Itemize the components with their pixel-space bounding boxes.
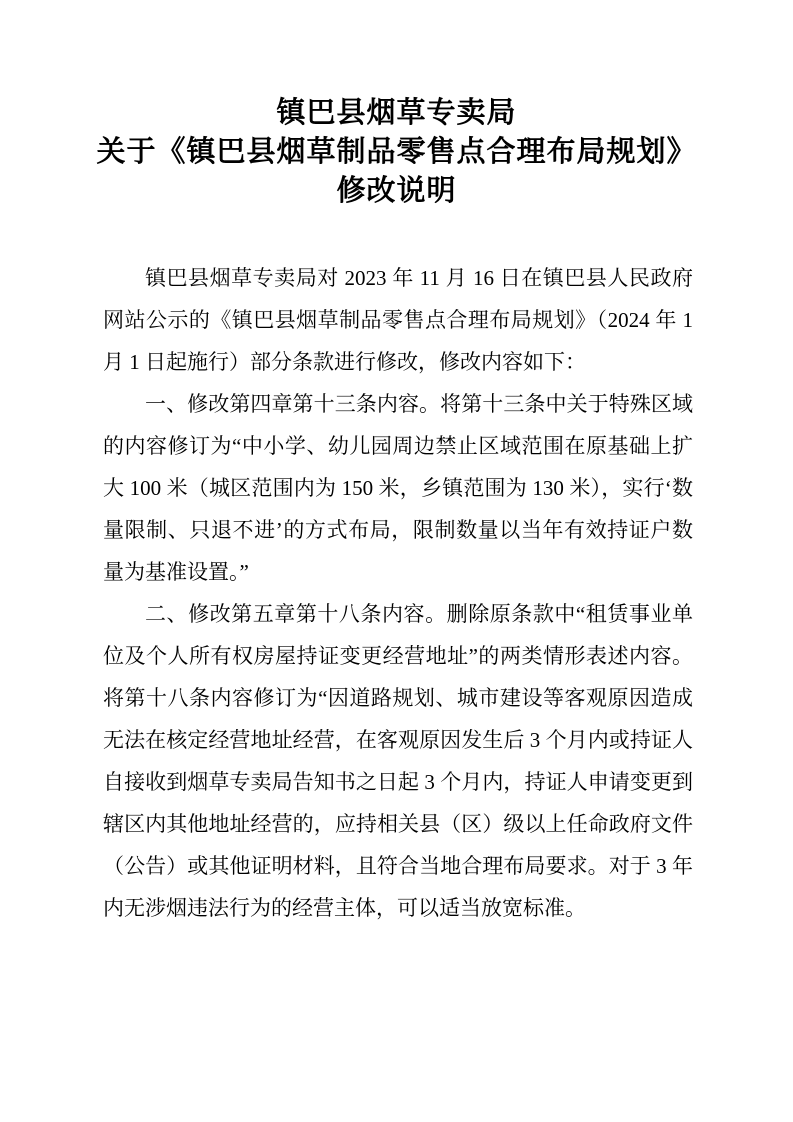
- title-line-type: 修改说明: [0, 172, 793, 211]
- title-line-org: 镇巴县烟草专卖局: [0, 94, 793, 133]
- paragraph-amendment-1: 一、修改第四章第十三条内容。将第十三条中关于特殊区域的内容修订为“中小学、幼儿园…: [103, 383, 693, 593]
- document-title: 镇巴县烟草专卖局 关于《镇巴县烟草制品零售点合理布局规划》 修改说明: [0, 94, 793, 211]
- paragraph-amendment-2: 二、修改第五章第十八条内容。删除原条款中“租赁事业单位及个人所有权房屋持证变更经…: [103, 593, 693, 929]
- document-page: 镇巴县烟草专卖局 关于《镇巴县烟草制品零售点合理布局规划》 修改说明 镇巴县烟草…: [0, 0, 793, 1122]
- title-line-subject: 关于《镇巴县烟草制品零售点合理布局规划》: [0, 133, 793, 172]
- paragraph-intro: 镇巴县烟草专卖局对 2023 年 11 月 16 日在镇巴县人民政府网站公示的《…: [103, 257, 693, 383]
- document-body: 镇巴县烟草专卖局对 2023 年 11 月 16 日在镇巴县人民政府网站公示的《…: [103, 257, 693, 929]
